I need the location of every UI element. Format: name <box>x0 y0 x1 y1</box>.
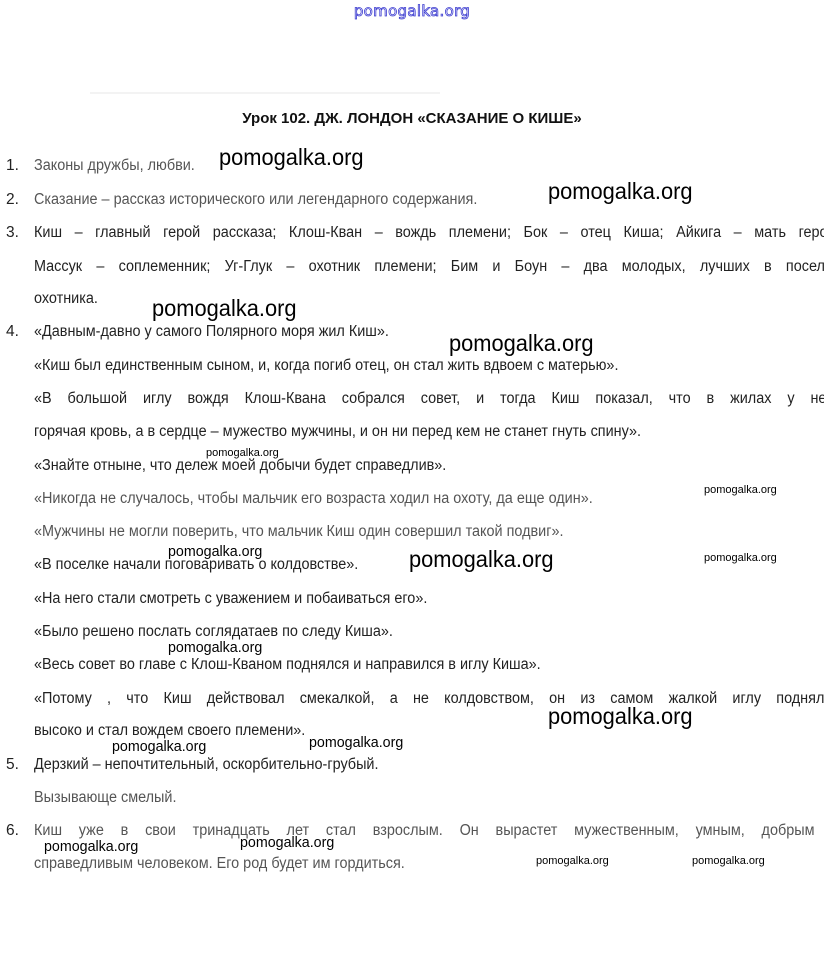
site-watermark-header: pomogalka.org <box>0 2 824 20</box>
item-6-line-2: справедливым человеком. Его род будет им… <box>34 855 405 873</box>
watermark: pomogalka.org <box>240 834 334 851</box>
item-number-1: 1. <box>6 157 19 175</box>
watermark: pomogalka.org <box>548 178 693 205</box>
item-4-line-4: горячая кровь, а в сердце – мужество муж… <box>34 423 641 441</box>
watermark: pomogalka.org <box>704 552 777 564</box>
watermark: pomogalka.org <box>548 703 693 730</box>
watermark: pomogalka.org <box>152 295 297 322</box>
watermark: pomogalka.org <box>704 484 777 496</box>
item-4-line-12: «Потому , что Киш действовал смекалкой, … <box>34 690 824 708</box>
item-number-5: 5. <box>6 756 19 774</box>
page-title: Урок 102. ДЖ. ЛОНДОН «СКАЗАНИЕ О КИШЕ» <box>0 110 824 127</box>
item-4-line-6: «Никогда не случалось, чтобы мальчик его… <box>34 490 593 508</box>
item-3-line-3: охотника. <box>34 290 98 308</box>
item-4-line-9: «На него стали смотреть с уважением и по… <box>34 590 427 608</box>
item-3-line-1: Киш – главный герой рассказа; Клош-Кван … <box>34 224 824 242</box>
item-number-2: 2. <box>6 191 19 209</box>
item-4-line-5: «Знайте отныне, что дележ моей добычи бу… <box>34 457 446 475</box>
item-2-line-1: Сказание – рассказ исторического или лег… <box>34 191 477 209</box>
item-4-line-7: «Мужчины не могли поверить, что мальчик … <box>34 523 564 541</box>
item-6-line-1: Киш уже в свои тринадцать лет стал взрос… <box>34 822 824 840</box>
item-3-line-2: Массук – соплеменник; Уг-Глук – охотник … <box>34 258 824 276</box>
watermark: pomogalka.org <box>409 546 554 573</box>
watermark: pomogalka.org <box>536 855 609 867</box>
item-number-4: 4. <box>6 323 19 341</box>
watermark: pomogalka.org <box>309 734 403 751</box>
watermark: pomogalka.org <box>206 447 279 459</box>
item-4-line-11: «Весь совет во главе с Клош-Кваном подня… <box>34 656 541 674</box>
watermark: pomogalka.org <box>449 330 594 357</box>
item-5-line-1: Дерзкий – непочтительный, оскорбительно-… <box>34 756 378 774</box>
item-4-line-1: «Давным-давно у самого Полярного моря жи… <box>34 323 389 341</box>
item-4-line-3: «В большой иглу вождя Клош-Квана собралс… <box>34 390 824 408</box>
watermark: pomogalka.org <box>168 543 262 560</box>
watermark: pomogalka.org <box>112 738 206 755</box>
item-5-line-2: Вызывающе смелый. <box>34 789 176 807</box>
watermark: pomogalka.org <box>44 838 138 855</box>
item-4-line-2: «Киш был единственным сыном, и, когда по… <box>34 357 618 375</box>
watermark: pomogalka.org <box>168 639 262 656</box>
faded-divider <box>90 92 440 94</box>
item-number-3: 3. <box>6 224 19 242</box>
item-1-line-1: Законы дружбы, любви. <box>34 157 195 175</box>
item-number-6: 6. <box>6 822 19 840</box>
watermark: pomogalka.org <box>692 855 765 867</box>
watermark: pomogalka.org <box>219 144 364 171</box>
